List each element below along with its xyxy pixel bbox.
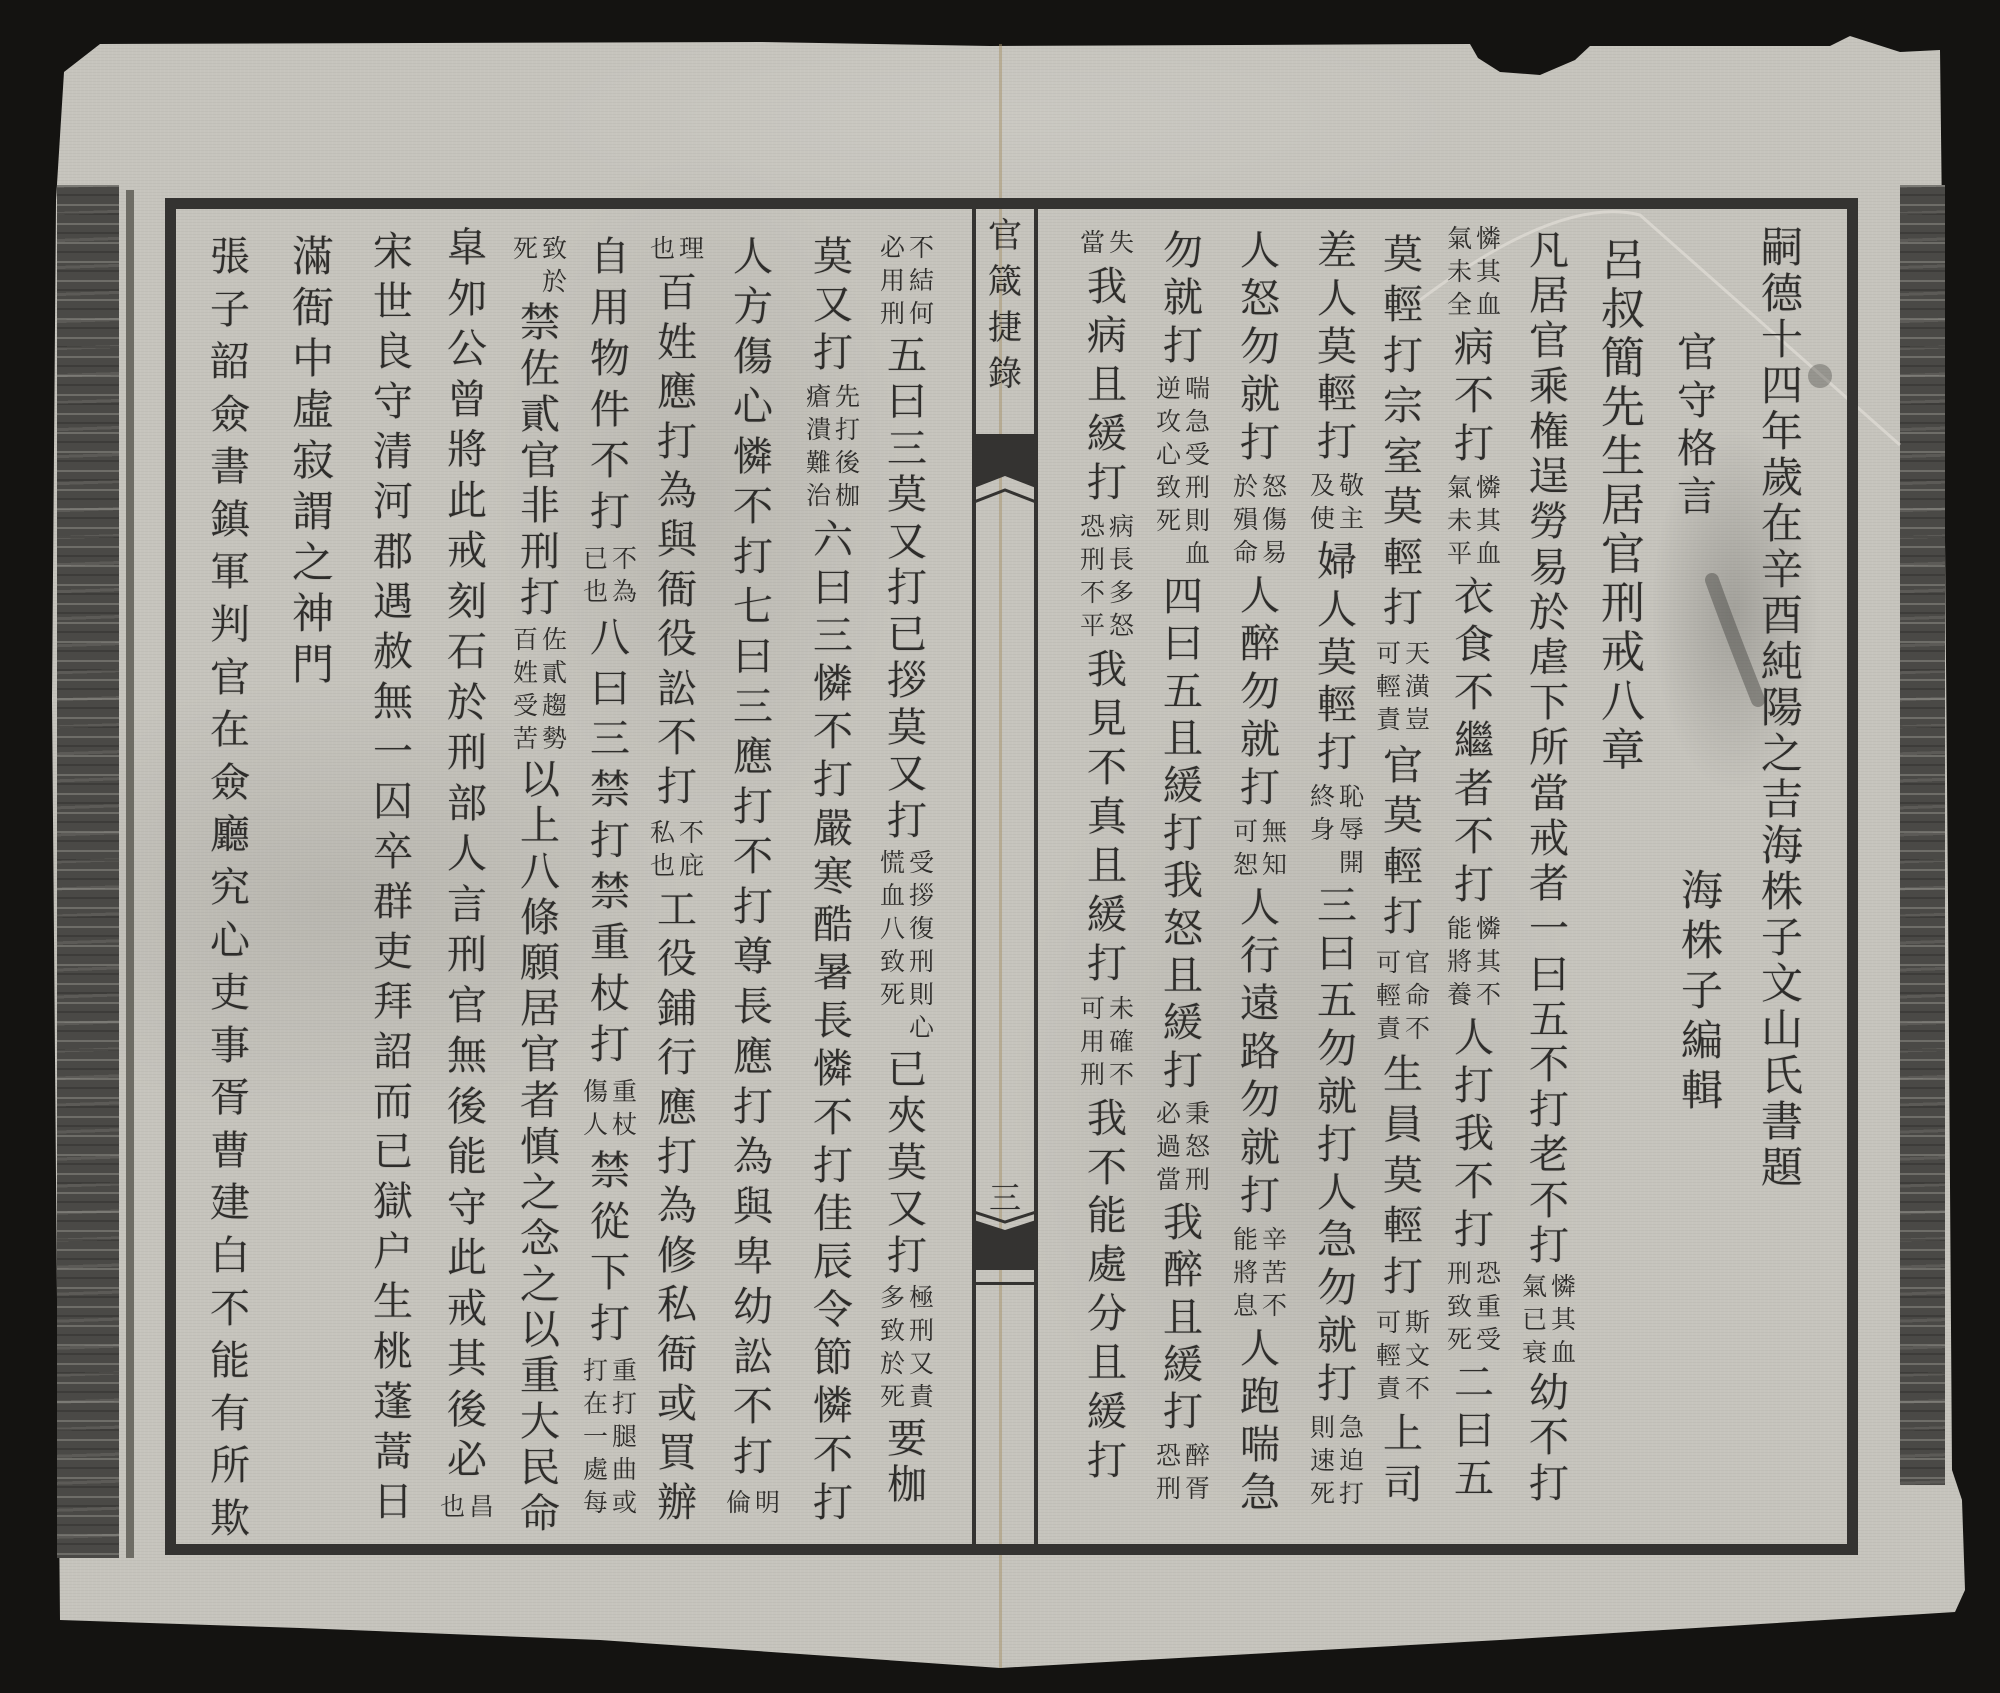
glyph: 打 — [1233, 422, 1287, 464]
glyph: 要 — [880, 1418, 934, 1460]
glyph: 責 — [908, 1380, 936, 1413]
glyph: 知 — [1261, 848, 1289, 881]
note-subcolumn: 急迫打 — [1338, 1411, 1366, 1510]
interlinear-note: 受拶復刑則心慌血八致死 — [879, 846, 936, 1044]
glyph: 胥 — [203, 1077, 257, 1119]
glyph: 趨 — [541, 689, 569, 722]
glyph: 多 — [1108, 576, 1136, 609]
glyph: 打 — [513, 577, 567, 619]
glyph: 死 — [1446, 1323, 1474, 1356]
glyph: 不 — [1522, 1417, 1576, 1459]
glyph: 有 — [203, 1393, 257, 1435]
glyph: 息 — [1232, 1289, 1260, 1322]
glyph: 重 — [513, 1355, 567, 1397]
glyph: 者 — [1522, 863, 1576, 905]
glyph: 血 — [1184, 537, 1212, 570]
glyph: 五 — [1156, 671, 1210, 713]
glyph: 件 — [583, 389, 637, 431]
glyph: 失 — [1108, 226, 1136, 259]
glyph: 居 — [1522, 275, 1576, 317]
glyph: 我 — [1080, 1098, 1134, 1140]
glyph: 食 — [1447, 624, 1501, 666]
glyph: 在 — [203, 709, 257, 751]
glyph: 憐 — [1550, 1270, 1578, 1303]
glyph: 未 — [1446, 504, 1474, 537]
note-subcolumn: 瘡潰難治 — [805, 380, 833, 512]
glyph: 死 — [879, 1380, 907, 1413]
glyph: 莫 — [1376, 1155, 1430, 1197]
glyph: 夘 — [440, 278, 494, 320]
glyph: 張 — [203, 236, 257, 278]
glyph: 瘡 — [805, 380, 833, 413]
text-column: 差人莫輕打 敬主及使 婦人莫輕打 恥辱開終身 三曰五勿就打人急勿就打 急迫打則速… — [1307, 230, 1367, 1510]
lower-fishtail-mark — [974, 1210, 1036, 1272]
glyph: 勿 — [1156, 230, 1210, 272]
glyph: 可 — [1375, 1306, 1403, 1339]
glyph: 我 — [1156, 860, 1210, 902]
glyph: 可 — [1375, 637, 1403, 670]
glyph: 血 — [1550, 1336, 1578, 1369]
scan-canvas: 官箴捷錄 三 嗣德十四年歲在辛酉純陽之吉海株子文山氏書題 官守格言 海株子編輯 … — [0, 0, 2000, 1693]
glyph: 不 — [1447, 375, 1501, 417]
glyph: 鋪 — [650, 988, 704, 1030]
glyph: 清 — [366, 431, 420, 473]
glyph: 上 — [1376, 1413, 1430, 1455]
glyph: 結 — [908, 264, 936, 297]
glyph: 節 — [806, 1337, 860, 1379]
note-subcolumn: 恥辱開 — [1338, 780, 1366, 879]
glyph: 刻 — [440, 581, 494, 623]
glyph: 衙 — [286, 282, 340, 333]
glyph: 受 — [1184, 438, 1212, 471]
glyph: 陽 — [1755, 685, 1809, 731]
glyph: 命 — [513, 1493, 567, 1535]
note-subcolumn: 憐其血 — [1475, 222, 1503, 321]
glyph: 官 — [513, 1034, 567, 1076]
glyph: 迫 — [1338, 1444, 1366, 1477]
glyph: 則 — [1184, 504, 1212, 537]
glyph: 復 — [908, 912, 936, 945]
interlinear-note: 喘急受刑則血逆攻心致死 — [1155, 372, 1212, 570]
note-subcolumn: 已也 — [582, 542, 610, 608]
glyph: 三 — [726, 686, 780, 728]
glyph: 方 — [726, 286, 780, 328]
glyph: 憐 — [806, 1385, 860, 1427]
glyph: 應 — [650, 371, 704, 413]
glyph: 死 — [512, 232, 540, 265]
glyph: 其 — [440, 1338, 494, 1380]
glyph: 於 — [879, 1347, 907, 1380]
note-subcolumn: 氣未平 — [1446, 471, 1474, 570]
glyph: 為 — [650, 1185, 704, 1227]
glyph: 養 — [1446, 978, 1474, 1011]
glyph: 理 — [678, 232, 706, 265]
glyph: 潰 — [805, 413, 833, 446]
glyph: 莫 — [1310, 637, 1364, 679]
glyph: 能 — [1232, 1223, 1260, 1256]
note-subcolumn: 恐重受 — [1475, 1257, 1503, 1356]
glyph: 七 — [726, 586, 780, 628]
glyph: 打 — [1080, 462, 1134, 504]
glyph: 刑 — [440, 732, 494, 774]
glyph: 辛 — [1755, 547, 1809, 593]
glyph: 子 — [1755, 915, 1809, 961]
glyph: 致 — [1446, 1290, 1474, 1323]
glyph: 勢 — [541, 722, 569, 755]
glyph: 斯 — [1404, 1306, 1432, 1339]
glyph: 怒 — [1233, 278, 1287, 320]
glyph: 嚴 — [806, 808, 860, 850]
note-subcolumn: 可輕責 — [1375, 637, 1403, 736]
glyph: 且 — [1156, 1297, 1210, 1339]
glyph: 可 — [1079, 992, 1107, 1025]
glyph: 血 — [1475, 288, 1503, 321]
glyph: 逞 — [1522, 456, 1576, 498]
text-column: 理也 百姓應打為與衙役訟不打 不庇私也 工役鋪行應打為修私衙或買辦 — [647, 232, 707, 1524]
note-subcolumn: 百姓受苦 — [512, 623, 540, 755]
glyph: 病 — [1080, 315, 1134, 357]
glyph: 氣 — [1446, 222, 1474, 255]
glyph: 已 — [366, 1131, 420, 1173]
glyph: 以 — [513, 1309, 567, 1351]
chapter-title-column: 呂叔簡先生居官刑戒八章 — [1593, 236, 1653, 775]
note-subcolumn: 先打後枷 — [834, 380, 862, 512]
note-subcolumn: 多致於死 — [879, 1281, 907, 1413]
glyph: 酉 — [1755, 593, 1809, 639]
glyph: 百 — [650, 272, 704, 314]
glyph: 姓 — [512, 656, 540, 689]
glyph: 者 — [513, 1080, 567, 1122]
glyph: 辱 — [1338, 813, 1366, 846]
interlinear-note: 憐其血氣未全 — [1446, 222, 1503, 321]
glyph: 恐 — [1079, 510, 1107, 543]
glyph: 打 — [1310, 421, 1364, 463]
glyph: 打 — [1447, 864, 1501, 906]
glyph: 蓬 — [366, 1381, 420, 1423]
glyph: 在 — [582, 1387, 610, 1420]
glyph: 於 — [541, 265, 569, 298]
glyph: 也 — [649, 232, 677, 265]
glyph: 勿 — [1310, 1267, 1364, 1309]
glyph: 不 — [1404, 1012, 1432, 1045]
glyph: 致 — [1155, 471, 1183, 504]
glyph: 莫 — [880, 707, 934, 749]
note-subcolumn: 打在一處每 — [582, 1354, 610, 1519]
glyph: 易 — [1522, 547, 1576, 589]
glyph: 寂 — [286, 435, 340, 486]
note-subcolumn: 重打腿曲或 — [611, 1354, 639, 1519]
glyph: 已 — [880, 1049, 934, 1091]
note-subcolumn: 病長多怒 — [1108, 510, 1136, 642]
glyph: 官 — [978, 213, 1032, 259]
glyph: 訟 — [726, 1336, 780, 1378]
glyph: 醉 — [1184, 1439, 1212, 1472]
note-subcolumn: 逆攻心致死 — [1155, 372, 1183, 570]
glyph: 必 — [879, 231, 907, 264]
note-subcolumn: 受拶復刑則心 — [908, 846, 936, 1044]
glyph: 緩 — [1156, 1344, 1210, 1386]
glyph: 打 — [1080, 943, 1134, 985]
glyph: 佳 — [806, 1193, 860, 1235]
note-subcolumn: 必過當 — [1155, 1097, 1183, 1196]
glyph: 株 — [1675, 916, 1729, 966]
glyph: 打 — [650, 766, 704, 808]
glyph: 其 — [1550, 1303, 1578, 1336]
text-column: 人方傷心憐不打七曰三應打不打尊長應打為與卑幼訟不打 明倫 — [723, 236, 783, 1519]
glyph: 庇 — [678, 849, 706, 882]
glyph: 打 — [1156, 1391, 1210, 1433]
glyph: 分 — [1080, 1293, 1134, 1335]
glyph: 憐 — [1475, 471, 1503, 504]
glyph: 就 — [1156, 277, 1210, 319]
glyph: 路 — [1233, 1031, 1287, 1073]
glyph: 用 — [1079, 1025, 1107, 1058]
note-subcolumn: 致於 — [541, 232, 569, 298]
glyph: 人 — [1447, 1017, 1501, 1059]
glyph: 長 — [1108, 543, 1136, 576]
interlinear-note: 極刑又責多致於死 — [879, 1281, 936, 1413]
glyph: 莫 — [1376, 486, 1430, 528]
glyph: 昌 — [468, 1490, 496, 1523]
note-subcolumn: 可輕責 — [1375, 1306, 1403, 1405]
glyph: 緩 — [1080, 894, 1134, 936]
note-subcolumn: 天潢豈 — [1404, 637, 1432, 736]
note-subcolumn: 則速死 — [1309, 1411, 1337, 1510]
glyph: 五 — [1447, 1458, 1501, 1500]
glyph: 氣 — [1446, 471, 1474, 504]
glyph: 輕 — [1375, 979, 1403, 1012]
glyph: 韶 — [203, 341, 257, 383]
glyph: 致 — [541, 232, 569, 265]
glyph: 死 — [1155, 504, 1183, 537]
glyph: 打 — [1447, 423, 1501, 465]
glyph: 户 — [366, 1231, 420, 1273]
glyph: 刑 — [440, 934, 494, 976]
glyph: 所 — [203, 1445, 257, 1487]
glyph: 且 — [1080, 1342, 1134, 1384]
glyph: 曰 — [1522, 954, 1576, 996]
glyph: 三 — [806, 615, 860, 657]
note-subcolumn: 可恕 — [1232, 815, 1260, 881]
interlinear-note: 急迫打則速死 — [1309, 1411, 1366, 1510]
glyph: 神 — [286, 588, 340, 639]
glyph: 文 — [1755, 961, 1809, 1007]
glyph: 病 — [1108, 510, 1136, 543]
glyph: 輕 — [1310, 684, 1364, 726]
glyph: 急 — [1338, 1411, 1366, 1444]
glyph: 其 — [1475, 504, 1503, 537]
glyph: 官 — [1670, 329, 1724, 377]
glyph: 怒 — [1156, 908, 1210, 950]
glyph: 衙 — [650, 569, 704, 611]
glyph: 德 — [1755, 271, 1809, 317]
glyph: 用 — [583, 287, 637, 329]
text-column: 滿衙中虛寂謂之神門 — [283, 231, 343, 690]
glyph: 老 — [1522, 1134, 1576, 1176]
glyph: 一 — [366, 731, 420, 773]
glyph: 刑 — [908, 945, 936, 978]
glyph: 佐 — [513, 348, 567, 390]
glyph: 戒 — [440, 1288, 494, 1330]
glyph: 打 — [1376, 896, 1430, 938]
glyph: 打 — [582, 1354, 610, 1387]
interlinear-note: 秉怒刑必過當 — [1155, 1097, 1212, 1196]
glyph: 極 — [908, 1281, 936, 1314]
glyph: 不 — [1261, 1289, 1289, 1322]
glyph: 曲 — [611, 1453, 639, 1486]
glyph: 居 — [513, 988, 567, 1030]
glyph: 守 — [440, 1187, 494, 1229]
glyph: 勿 — [1233, 326, 1287, 368]
glyph: 下 — [1522, 682, 1576, 724]
glyph: 私 — [649, 816, 677, 849]
glyph: 書 — [203, 446, 257, 488]
glyph: 為 — [726, 1136, 780, 1178]
glyph: 不 — [1079, 576, 1107, 609]
glyph: 八 — [513, 851, 567, 893]
glyph: 白 — [203, 1235, 257, 1277]
glyph: 公 — [440, 328, 494, 370]
glyph: 憐 — [726, 436, 780, 478]
glyph: 恐 — [1155, 1439, 1183, 1472]
glyph: 四 — [1156, 576, 1210, 618]
glyph: 行 — [1233, 935, 1287, 977]
glyph: 能 — [203, 1340, 257, 1382]
glyph: 受 — [908, 846, 936, 879]
glyph: 之 — [513, 1264, 567, 1306]
glyph: 莫 — [880, 474, 934, 516]
glyph: 凡 — [1522, 230, 1576, 272]
interlinear-note: 重打腿曲或打在一處每 — [582, 1354, 639, 1519]
glyph: 打 — [650, 421, 704, 463]
glyph: 主 — [1338, 502, 1366, 535]
glyph: 慎 — [513, 1126, 567, 1168]
glyph: 打 — [1233, 767, 1287, 809]
glyph: 治 — [805, 479, 833, 512]
glyph: 無 — [366, 681, 420, 723]
glyph: 天 — [1404, 637, 1432, 670]
glyph: 就 — [1233, 374, 1287, 416]
glyph: 且 — [1080, 845, 1134, 887]
glyph: 將 — [440, 429, 494, 471]
glyph: 夾 — [880, 1095, 934, 1137]
glyph: 醉 — [1233, 623, 1287, 665]
glyph: 心 — [726, 386, 780, 428]
glyph: 刑 — [513, 531, 567, 573]
glyph: 勿 — [1233, 1079, 1287, 1121]
glyph: 官 — [440, 985, 494, 1027]
glyph: 長 — [726, 986, 780, 1028]
glyph: 打 — [1310, 1124, 1364, 1166]
glyph: 打 — [1447, 1065, 1501, 1107]
glyph: 又 — [806, 284, 860, 326]
glyph: 打 — [1376, 1256, 1430, 1298]
glyph: 或 — [611, 1486, 639, 1519]
glyph: 曾 — [440, 379, 494, 421]
glyph: 後 — [440, 1086, 494, 1128]
glyph: 十 — [1755, 317, 1809, 363]
glyph: 姓 — [650, 322, 704, 364]
glyph: 吏 — [203, 972, 257, 1014]
interlinear-note: 官命不可輕責 — [1375, 946, 1432, 1045]
glyph: 打 — [1376, 335, 1430, 377]
note-subcolumn: 氣未全 — [1446, 222, 1474, 321]
glyph: 刑 — [879, 297, 907, 330]
glyph: 建 — [203, 1182, 257, 1224]
glyph: 不 — [1522, 1180, 1576, 1222]
glyph: 酷 — [806, 904, 860, 946]
glyph: 群 — [366, 881, 420, 923]
glyph: 打 — [1447, 1209, 1501, 1251]
glyph: 怒 — [1261, 470, 1289, 503]
note-subcolumn: 當 — [1079, 226, 1107, 259]
glyph: 就 — [1233, 719, 1287, 761]
glyph: 緩 — [1156, 1002, 1210, 1044]
glyph: 明 — [754, 1486, 782, 1519]
glyph: 打 — [1310, 1363, 1364, 1405]
glyph: 不 — [726, 486, 780, 528]
center-band-lower-rule — [972, 1282, 1038, 1285]
glyph: 人 — [1310, 278, 1364, 320]
glyph: 八 — [1596, 677, 1650, 726]
glyph: 者 — [1447, 768, 1501, 810]
glyph: 人 — [1233, 887, 1287, 929]
glyph: 輕 — [1376, 1205, 1430, 1247]
glyph: 大 — [513, 1401, 567, 1443]
glyph: 曰 — [583, 668, 637, 710]
glyph: 人 — [440, 833, 494, 875]
note-subcolumn: 怒傷易 — [1261, 470, 1289, 569]
glyph: 上 — [513, 805, 567, 847]
glyph: 就 — [1233, 1127, 1287, 1169]
glyph: 行 — [650, 1037, 704, 1079]
glyph: 私 — [650, 1284, 704, 1326]
glyph: 僉 — [203, 394, 257, 436]
glyph: 謂 — [286, 486, 340, 537]
glyph: 刑 — [1184, 1163, 1212, 1196]
glyph: 遠 — [1233, 983, 1287, 1025]
note-subcolumn: 不庇 — [678, 816, 706, 882]
glyph: 傷 — [582, 1075, 610, 1108]
glyph: 願 — [513, 942, 567, 984]
interlinear-note: 理也 — [649, 232, 706, 265]
glyph: 人 — [1233, 230, 1287, 272]
glyph: 當 — [1155, 1163, 1183, 1196]
glyph: 婦 — [1310, 541, 1364, 583]
glyph: 殞 — [1232, 503, 1260, 536]
glyph: 役 — [650, 938, 704, 980]
glyph: 且 — [1080, 364, 1134, 406]
note-subcolumn: 必用刑 — [879, 231, 907, 330]
glyph: 中 — [286, 333, 340, 384]
interlinear-note: 重杖傷人 — [582, 1075, 639, 1141]
glyph: 後 — [834, 446, 862, 479]
glyph: 潢 — [1404, 670, 1432, 703]
glyph: 應 — [726, 1036, 780, 1078]
interlinear-note: 無知可恕 — [1232, 815, 1289, 881]
glyph: 詔 — [366, 1031, 420, 1073]
glyph: 急 — [1184, 405, 1212, 438]
glyph: 佐 — [541, 623, 569, 656]
glyph: 慌 — [879, 846, 907, 879]
glyph: 生 — [1376, 1054, 1430, 1096]
note-subcolumn: 極刑又責 — [908, 1281, 936, 1413]
center-band-right-rule — [1034, 198, 1038, 1555]
glyph: 打 — [1376, 587, 1430, 629]
glyph: 三 — [583, 718, 637, 760]
interlinear-note: 敬主及使 — [1309, 469, 1366, 535]
glyph: 開 — [1338, 846, 1366, 879]
